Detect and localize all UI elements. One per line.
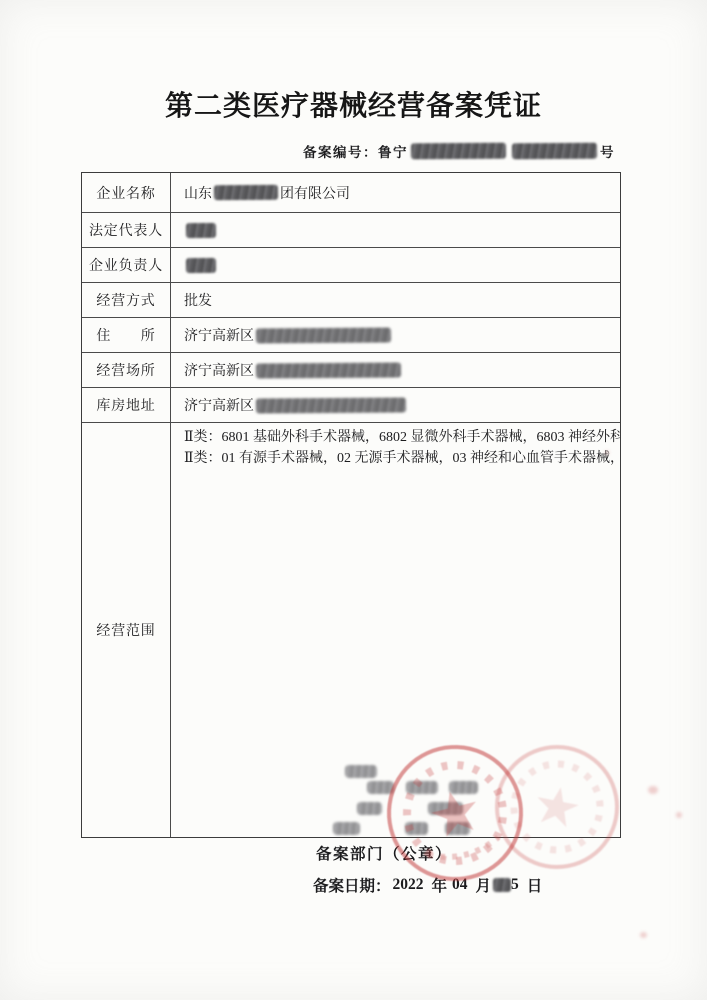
filing-date-year: 2022 (393, 876, 424, 894)
ink-smudge (406, 781, 438, 794)
ink-smudge (345, 765, 377, 778)
value-text: 山东 (184, 183, 212, 203)
redaction-smudge (512, 143, 597, 160)
document-title: 第二类医疗器械经营备案凭证 (0, 84, 707, 124)
filing-date-day-unit: 日 (527, 874, 543, 896)
filing-date-year-unit: 年 (432, 874, 448, 896)
certificate-table: 企业名称 山东团有限公司 法定代表人 企业负责人 经营方式 批发 住 所 济宁高… (81, 172, 621, 838)
redaction-smudge (411, 143, 506, 160)
filing-number-line: 备案编号： 鲁宁 号 (303, 141, 615, 161)
row-label-business-mode: 经营方式 (82, 282, 170, 317)
row-value-business-scope: Ⅱ类：6801 基础外科手术器械，6802 显微外科手术器械，6803 神经外科… (170, 422, 620, 837)
row-value-company-name: 山东团有限公司 (170, 173, 620, 212)
row-value-legal-representative (170, 212, 620, 247)
ink-smudge (428, 802, 463, 815)
row-label-company-name: 企业名称 (82, 173, 170, 212)
row-value-person-in-charge (170, 247, 620, 282)
filing-date-line: 备案日期： 2022 年 04 月 5 日 (313, 874, 542, 896)
filing-date-day: 5 (511, 876, 519, 894)
ink-smudge (405, 822, 428, 835)
value-text: 批发 (184, 290, 212, 310)
redaction-smudge (256, 327, 391, 343)
redaction-smudge (186, 257, 216, 272)
filing-date-month-unit: 月 (476, 874, 492, 896)
redaction-smudge (256, 362, 401, 378)
ink-smudge (367, 781, 394, 794)
scope-paragraph-old-catalog: Ⅱ类：6801 基础外科手术器械，6802 显微外科手术器械，6803 神经外科… (184, 427, 611, 448)
row-value-business-mode: 批发 (170, 282, 620, 317)
scope-paragraph-new-catalog: Ⅱ类：01 有源手术器械，02 无源手术器械，03 神经和心血管手术器械，04 … (184, 448, 611, 469)
ink-smudge (445, 822, 470, 835)
value-text: 团有限公司 (280, 183, 350, 203)
scan-speck (648, 786, 658, 794)
row-label-business-premises: 经营场所 (82, 352, 170, 387)
value-text: 济宁高新区 (184, 360, 254, 380)
scan-speck (604, 450, 610, 455)
filing-date-month: 04 (452, 876, 468, 894)
row-value-business-premises: 济宁高新区 (170, 352, 620, 387)
filing-date-label: 备案日期： (313, 874, 391, 896)
row-label-warehouse-address: 库房地址 (82, 387, 170, 422)
row-label-person-in-charge: 企业负责人 (82, 247, 170, 282)
row-value-warehouse-address: 济宁高新区 (170, 387, 620, 422)
ink-smudge (357, 802, 382, 815)
filing-number-label: 备案编号： (303, 141, 378, 161)
filing-number-suffix: 号 (600, 141, 615, 161)
filing-department-line: 备案部门（公章） (316, 842, 452, 864)
row-label-business-scope: 经营范围 (82, 422, 170, 837)
row-label-residence: 住 所 (82, 317, 170, 352)
row-label-legal-representative: 法定代表人 (82, 212, 170, 247)
value-text: 济宁高新区 (184, 395, 254, 415)
redaction-smudge (186, 222, 216, 237)
scan-speck (676, 812, 682, 818)
redaction-smudge (214, 185, 278, 200)
ink-smudge (333, 822, 360, 835)
redaction-smudge (256, 397, 406, 413)
value-text: 济宁高新区 (184, 325, 254, 345)
redaction-smudge (493, 878, 511, 892)
filing-number-prefix: 鲁宁 (378, 141, 408, 161)
row-value-residence: 济宁高新区 (170, 317, 620, 352)
scan-speck (640, 932, 647, 938)
certificate-document: 第二类医疗器械经营备案凭证 备案编号： 鲁宁 号 企业名称 山东团有限公司 法定… (0, 0, 707, 1000)
ink-smudge (449, 781, 478, 794)
